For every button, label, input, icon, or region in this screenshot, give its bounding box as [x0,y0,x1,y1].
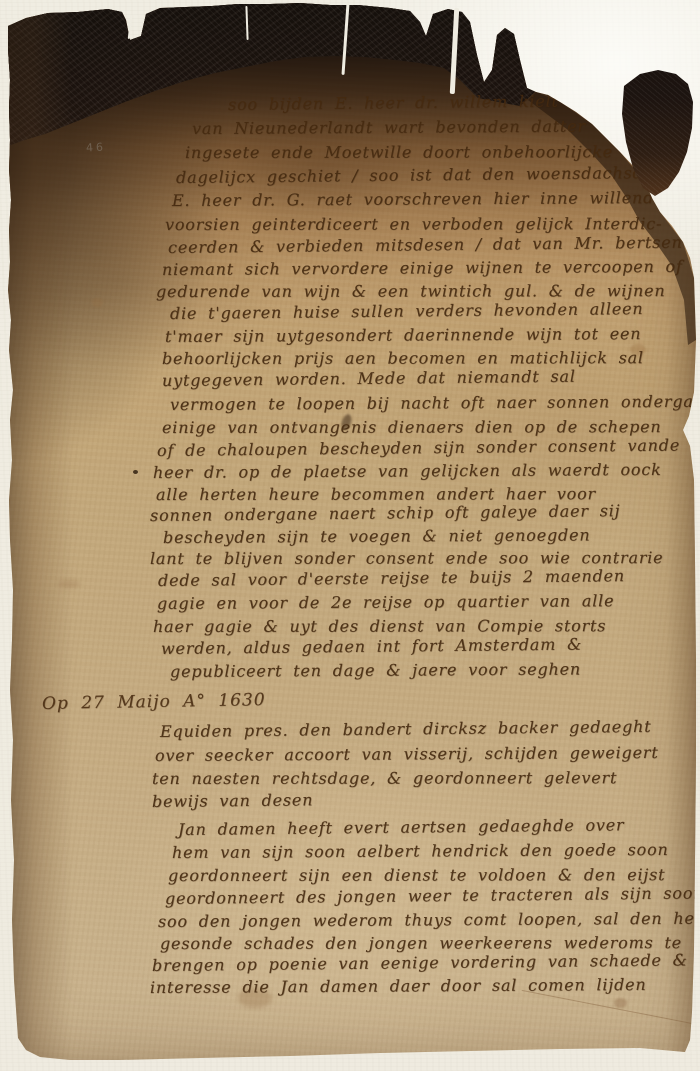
manuscript-line: geordonneert sijn een dienst te voldoen … [168,865,665,885]
manuscript-line: sonnen ondergane naert schip oft galeye … [150,501,621,525]
manuscript-line: soo den jongen wederom thuys comt loopen… [158,909,700,931]
manuscript-line: gesonde schades den jongen weerkeerens w… [160,933,682,953]
manuscript-line: bewijs van desen [152,790,313,811]
manuscript-text: soo bijden E. heer dr. willem kielt Csva… [0,0,700,1071]
manuscript-line: uytgegeven worden. Mede dat niemandt sal [162,367,576,390]
manuscript-line: van Nieunederlandt wart bevonden datter [192,117,586,138]
manuscript-line: of de chaloupen bescheyden sijn sonder c… [157,436,680,460]
manuscript-line: vermogen te loopen bij nacht oft naer so… [170,392,700,414]
manuscript-line: einige van ontvangenis dienaers dien op … [162,417,662,437]
manuscript-line: die t'gaeren huise sullen verders hevond… [170,299,644,323]
manuscript-line: werden, aldus gedaen int fort Amsterdam … [161,635,582,658]
manuscript-line: bescheyden sijn te voegen & niet genoegd… [163,525,591,547]
manuscript-line: brengen op poenie van eenige vordering v… [152,950,688,975]
paper-crack [128,15,132,39]
manuscript-line: gepubliceert ten dage & jaere voor seghe… [170,659,581,681]
scan-background: 46 Op 27 Maijo A° 1630 soo bijden E. hee… [0,0,700,1071]
manuscript-line: gedurende van wijn & een twintich gul. &… [156,281,666,301]
manuscript-line: niemant sich vervordere einige wijnen te… [162,257,683,279]
manuscript-line: ceerden & verbieden mitsdesen / dat van … [168,233,683,257]
manuscript-line: dagelijcx geschiet / soo ist dat den woe… [176,163,665,187]
manuscript-line: ingesete ende Moetwille doort onbehoorli… [185,142,613,162]
manuscript-line: interesse die Jan damen daer door sal co… [150,975,647,997]
manuscript-line: over seecker accoort van visserij, schij… [155,743,659,765]
manuscript-line: t'maer sijn uytgesondert daerinnende wij… [165,324,641,346]
manuscript-line: soo bijden E. heer dr. willem kielt Cs [228,91,592,114]
manuscript-line: dede sal voor d'eerste reijse te buijs 2… [158,566,625,590]
manuscript-line: Jan damen heeft evert aertsen gedaeghde … [178,815,625,839]
manuscript-line: ten naesten rechtsdage, & geordonneert g… [152,768,617,788]
manuscript-line: E. heer dr. G. raet voorschreven hier in… [172,188,664,210]
manuscript-line: behoorlijcken prijs aen becomen en matic… [162,348,644,368]
manuscript-line: heer dr. op de plaetse van gelijcken als… [153,460,662,482]
manuscript-line: gagie en voor de 2e reijse op quartier v… [157,591,614,613]
manuscript-line: voorsien geinterdiceert en verboden geli… [165,214,662,234]
manuscript-line: haer gagie & uyt des dienst van Compie s… [153,616,606,636]
manuscript-line: geordonneert des jongen weer te tractere… [165,883,700,908]
manuscript-paper: 46 Op 27 Maijo A° 1630 soo bijden E. hee… [0,0,700,1071]
manuscript-line: lant te blijven sonder consent ende soo … [150,548,663,568]
manuscript-line: Equiden pres. den bandert dircksz backer… [160,717,652,741]
manuscript-line: hem van sijn soon aelbert hendrick den g… [172,840,669,862]
